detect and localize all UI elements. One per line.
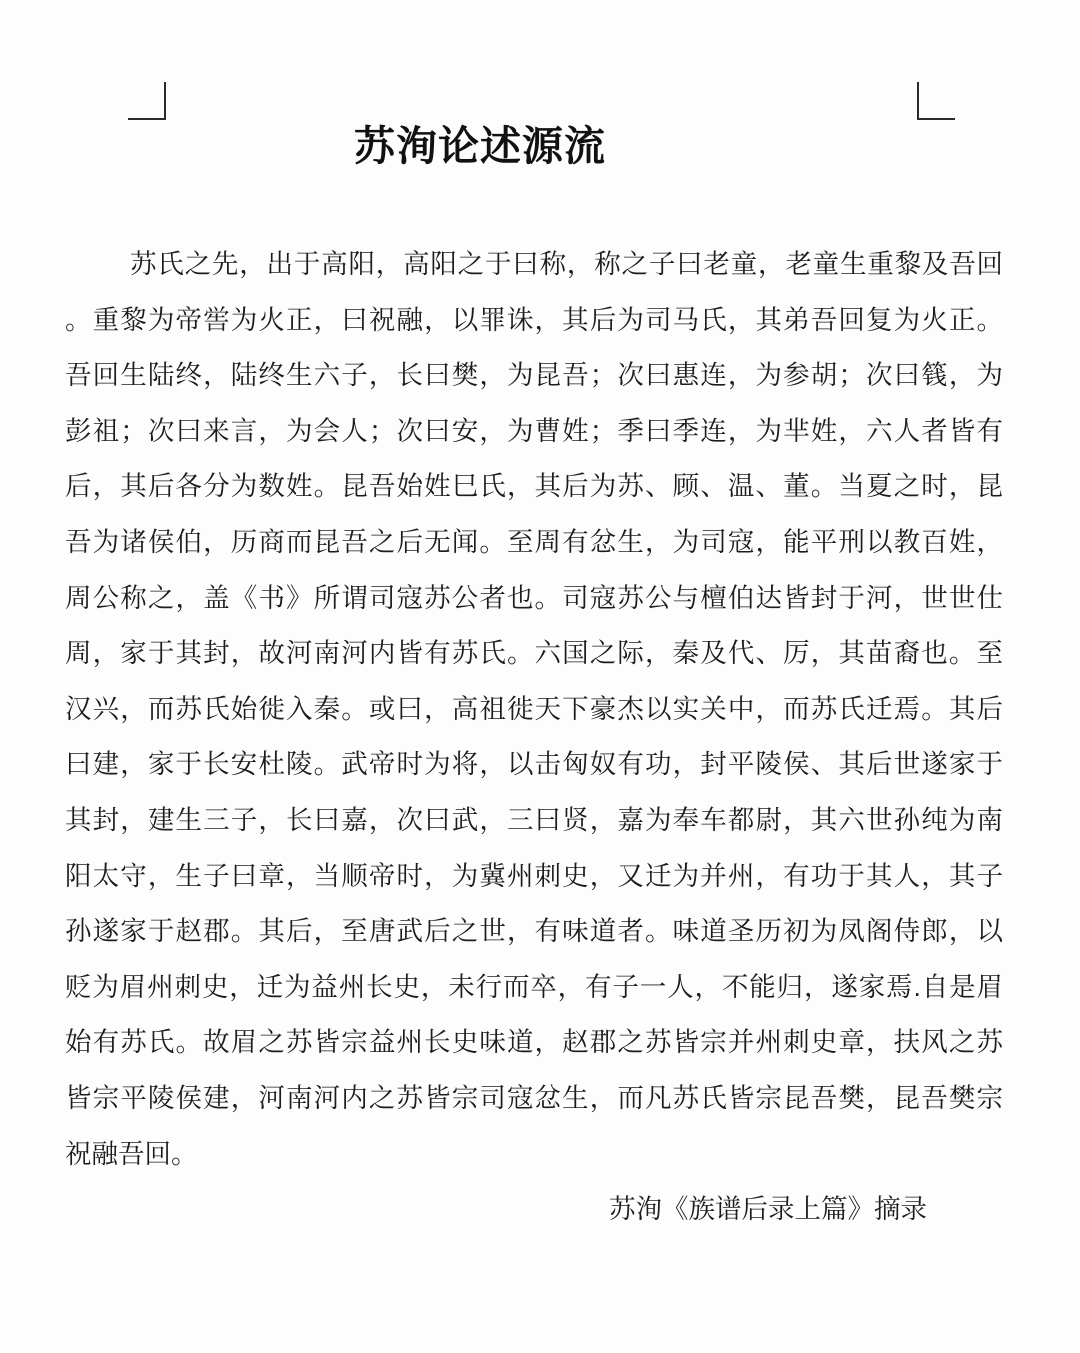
text-line: 吾回生陆终，陆终生六子，长曰樊，为昆吾；次曰惠连，为参胡；次曰篯，为 [65, 348, 1003, 404]
text-line: 其封，建生三子，长曰嘉，次曰武，三曰贤，嘉为奉车都尉，其六世孙纯为南 [65, 793, 1003, 849]
text-line: 苏氏之先，出于高阳，高阳之于曰称，称之子曰老童，老童生重黎及吾回 [65, 237, 1003, 293]
text-line: 周公称之，盖《书》所谓司寇苏公者也。司寇苏公与檀伯达皆封于河，世世仕 [65, 571, 1003, 627]
crop-mark-top-right [917, 82, 955, 120]
text-line: 孙遂家于赵郡。其后，至唐武后之世，有味道者。味道圣历初为凤阁侍郎，以 [65, 904, 1003, 960]
document-page: 苏洵论述源流 苏氏之先，出于高阳，高阳之于曰称，称之子曰老童，老童生重黎及吾回 … [0, 0, 1080, 1353]
attribution: 苏洵《族谱后录上篇》摘录 [65, 1182, 1003, 1238]
text-line: 彭祖；次曰来言，为会人；次曰安，为曹姓；季曰季连，为芈姓，六人者皆有 [65, 404, 1003, 460]
text-line: 始有苏氏。故眉之苏皆宗益州长史味道，赵郡之苏皆宗并州刺史章，扶风之苏 [65, 1015, 1003, 1071]
text-line: 贬为眉州刺史，迁为益州长史，未行而卒，有子一人，不能归，遂家焉.自是眉 [65, 960, 1003, 1016]
text-line: 后，其后各分为数姓。昆吾始姓巳氏，其后为苏、顾、温、董。当夏之时，昆 [65, 459, 1003, 515]
text-line: 。重黎为帝喾为火正，曰祝融，以罪诛，其后为司马氏，其弟吾回复为火正。 [65, 293, 1003, 349]
crop-mark-top-left [128, 82, 166, 120]
text-line: 皆宗平陵侯建，河南河内之苏皆宗司寇忿生，而凡苏氏皆宗昆吾樊，昆吾樊宗 [65, 1071, 1003, 1127]
text-line: 汉兴，而苏氏始徙入秦。或曰，高祖徙天下豪杰以实关中，而苏氏迁焉。其后 [65, 682, 1003, 738]
text-line: 曰建，家于长安杜陵。武帝时为将，以击匈奴有功，封平陵侯、其后世遂家于 [65, 737, 1003, 793]
text-line: 阳太守，生子曰章，当顺帝时，为冀州刺史，又迁为并州，有功于其人，其子 [65, 849, 1003, 905]
body-paragraph: 苏氏之先，出于高阳，高阳之于曰称，称之子曰老童，老童生重黎及吾回 。重黎为帝喾为… [65, 237, 1003, 1238]
text-line: 周，家于其封，故河南河内皆有苏氏。六国之际，秦及代、厉，其苗裔也。至 [65, 626, 1003, 682]
text-line: 吾为诸侯伯，历商而昆吾之后无闻。至周有忿生，为司寇，能平刑以教百姓， [65, 515, 1003, 571]
text-line: 祝融吾回。 [65, 1127, 1003, 1183]
page-title: 苏洵论述源流 [0, 121, 960, 171]
